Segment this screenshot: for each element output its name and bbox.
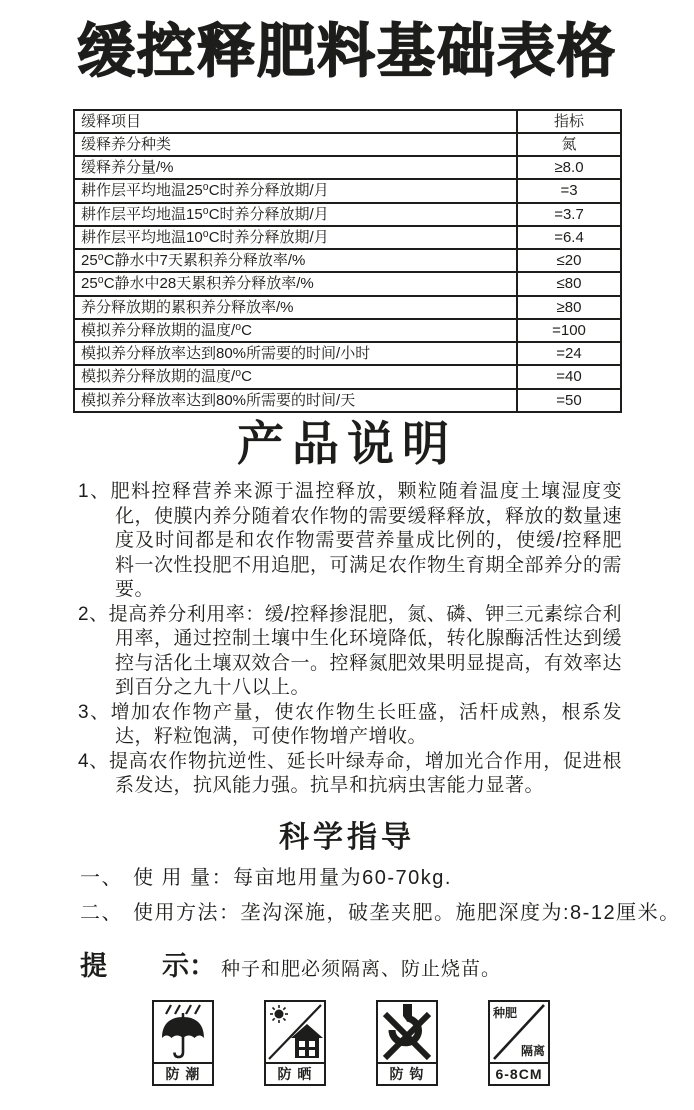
no-hook-icon: [378, 1002, 436, 1064]
value-cell: ≥8.0: [517, 156, 621, 179]
table-row: 模拟养分释放率达到80%所需要的时间/天 =50: [74, 389, 621, 412]
item-cell: 模拟养分释放期的温度/⁰C: [74, 365, 517, 388]
line-number: 二、: [80, 902, 123, 924]
item-number: 1、: [78, 481, 111, 502]
guidance-line: 二、使用方法：垄沟深施，破垄夹肥。施肥深度为:8-12厘米。: [80, 900, 624, 926]
item-text: 肥料控释营养来源于温控释放，颗粒随着温度土壤湿度变化，使膜内养分随着农作物的需要…: [111, 481, 622, 600]
header-value-cell: 指标: [517, 110, 621, 133]
seed-fertilizer-text: 种肥: [493, 1004, 517, 1021]
tip-section: 提 示： 种子和肥必须隔离、防止烧苗。: [80, 944, 501, 983]
separation-text: 隔离: [521, 1042, 545, 1059]
table-row: 模拟养分释放率达到80%所需要的时间/小时 =24: [74, 342, 621, 365]
value-cell: ≥80: [517, 296, 621, 319]
line-text: 使用方法：垄沟深施，破垄夹肥。施肥深度为:8-12厘米。: [133, 902, 681, 924]
hook-proof-badge: 防 钩: [376, 1000, 438, 1086]
separation-diagonal-icon: 种肥 隔离: [490, 1002, 548, 1064]
guidance-section: 科学指导 一、使 用 量：每亩地用量为60-70kg. 二、使用方法：垄沟深施，…: [0, 820, 694, 926]
rain-umbrella-icon: [154, 1002, 212, 1064]
item-cell: 模拟养分释放率达到80%所需要的时间/天: [74, 389, 517, 412]
table-row: 25⁰C静水中7天累积养分释放率/% ≤20: [74, 249, 621, 272]
list-item: 3、增加农作物产量，使农作物生长旺盛，活杆成熟，根系发达，籽粒饱满，可使作物增产…: [78, 701, 622, 750]
sun-proof-badge: 防 晒: [264, 1000, 326, 1086]
guidance-line: 一、使 用 量：每亩地用量为60-70kg.: [80, 865, 624, 891]
product-description-list: 1、肥料控释营养来源于温控释放，颗粒随着温度土壤湿度变化，使膜内养分随着农作物的…: [78, 480, 622, 799]
product-description-heading: 产品说明: [0, 415, 694, 472]
item-cell: 养分释放期的累积养分释放率/%: [74, 296, 517, 319]
value-cell: ≤20: [517, 249, 621, 272]
item-cell: 耕作层平均地温25⁰C时养分释放期/月: [74, 179, 517, 202]
value-cell: ≤80: [517, 272, 621, 295]
table-row: 模拟养分释放期的温度/⁰C =100: [74, 319, 621, 342]
icon-label: 6-8CM: [490, 1064, 548, 1084]
item-cell: 25⁰C静水中7天累积养分释放率/%: [74, 249, 517, 272]
guidance-heading: 科学指导: [0, 820, 694, 856]
list-item: 4、提高农作物抗逆性、延长叶绿寿命，增加光合作用，促进根系发达，抗风能力强。抗旱…: [78, 750, 622, 799]
value-cell: 氮: [517, 133, 621, 156]
icon-label: 防 晒: [266, 1064, 324, 1084]
safety-icons-row: 防 潮: [152, 1000, 550, 1086]
tip-label-char-2: 示：: [162, 944, 216, 983]
fertilizer-label-page: 缓控释肥料基础表格 缓释项目 指标 缓释养分种类 氮 缓释养分量/% ≥8.0 …: [0, 0, 694, 1110]
value-cell: =24: [517, 342, 621, 365]
icon-label: 防 钩: [378, 1064, 436, 1084]
value-cell: =40: [517, 365, 621, 388]
list-item: 1、肥料控释营养来源于温控释放，颗粒随着温度土壤湿度变化，使膜内养分随着农作物的…: [78, 480, 622, 603]
table-row: 缓释养分量/% ≥8.0: [74, 156, 621, 179]
item-cell: 耕作层平均地温15⁰C时养分释放期/月: [74, 203, 517, 226]
value-cell: =3.7: [517, 203, 621, 226]
table-row: 耕作层平均地温15⁰C时养分释放期/月 =3.7: [74, 203, 621, 226]
tip-text: 种子和肥必须隔离、防止烧苗。: [221, 954, 501, 981]
icon-label: 防 潮: [154, 1064, 212, 1084]
seed-fertilizer-separation-badge: 种肥 隔离 6-8CM: [488, 1000, 550, 1086]
value-cell: =50: [517, 389, 621, 412]
item-cell: 模拟养分释放率达到80%所需要的时间/小时: [74, 342, 517, 365]
spec-table: 缓释项目 指标 缓释养分种类 氮 缓释养分量/% ≥8.0 耕作层平均地温25⁰…: [73, 109, 622, 413]
table-row: 耕作层平均地温10⁰C时养分释放期/月 =6.4: [74, 226, 621, 249]
value-cell: =100: [517, 319, 621, 342]
line-number: 一、: [80, 867, 123, 889]
table-row: 养分释放期的累积养分释放率/% ≥80: [74, 296, 621, 319]
item-cell: 缓释养分量/%: [74, 156, 517, 179]
item-text: 提高养分利用率：缓/控释掺混肥，氮、磷、钾三元素综合利用率，通过控制土壤中生化环…: [109, 604, 622, 699]
item-cell: 耕作层平均地温10⁰C时养分释放期/月: [74, 226, 517, 249]
table-row: 模拟养分释放期的温度/⁰C =40: [74, 365, 621, 388]
line-text: 使 用 量：每亩地用量为60-70kg.: [133, 867, 452, 889]
item-number: 2、: [78, 604, 109, 625]
item-number: 4、: [78, 751, 109, 772]
item-cell: 缓释养分种类: [74, 133, 517, 156]
value-cell: =6.4: [517, 226, 621, 249]
item-cell: 25⁰C静水中28天累积养分释放率/%: [74, 272, 517, 295]
item-text: 增加农作物产量，使农作物生长旺盛，活杆成熟，根系发达，籽粒饱满，可使作物增产增收…: [111, 702, 622, 748]
item-number: 3、: [78, 702, 111, 723]
table-header-row: 缓释项目 指标: [74, 110, 621, 133]
item-text: 提高农作物抗逆性、延长叶绿寿命，增加光合作用，促进根系发达，抗风能力强。抗旱和抗…: [109, 751, 622, 797]
item-cell: 模拟养分释放期的温度/⁰C: [74, 319, 517, 342]
moisture-proof-badge: 防 潮: [152, 1000, 214, 1086]
value-cell: =3: [517, 179, 621, 202]
list-item: 2、提高养分利用率：缓/控释掺混肥，氮、磷、钾三元素综合利用率，通过控制土壤中生…: [78, 603, 622, 701]
table-row: 缓释养分种类 氮: [74, 133, 621, 156]
tip-label-char-1: 提: [80, 944, 107, 983]
table-row: 耕作层平均地温25⁰C时养分释放期/月 =3: [74, 179, 621, 202]
header-item-cell: 缓释项目: [74, 110, 517, 133]
table-row: 25⁰C静水中28天累积养分释放率/% ≤80: [74, 272, 621, 295]
sun-house-icon: [266, 1002, 324, 1064]
page-title: 缓控释肥料基础表格: [0, 0, 694, 89]
